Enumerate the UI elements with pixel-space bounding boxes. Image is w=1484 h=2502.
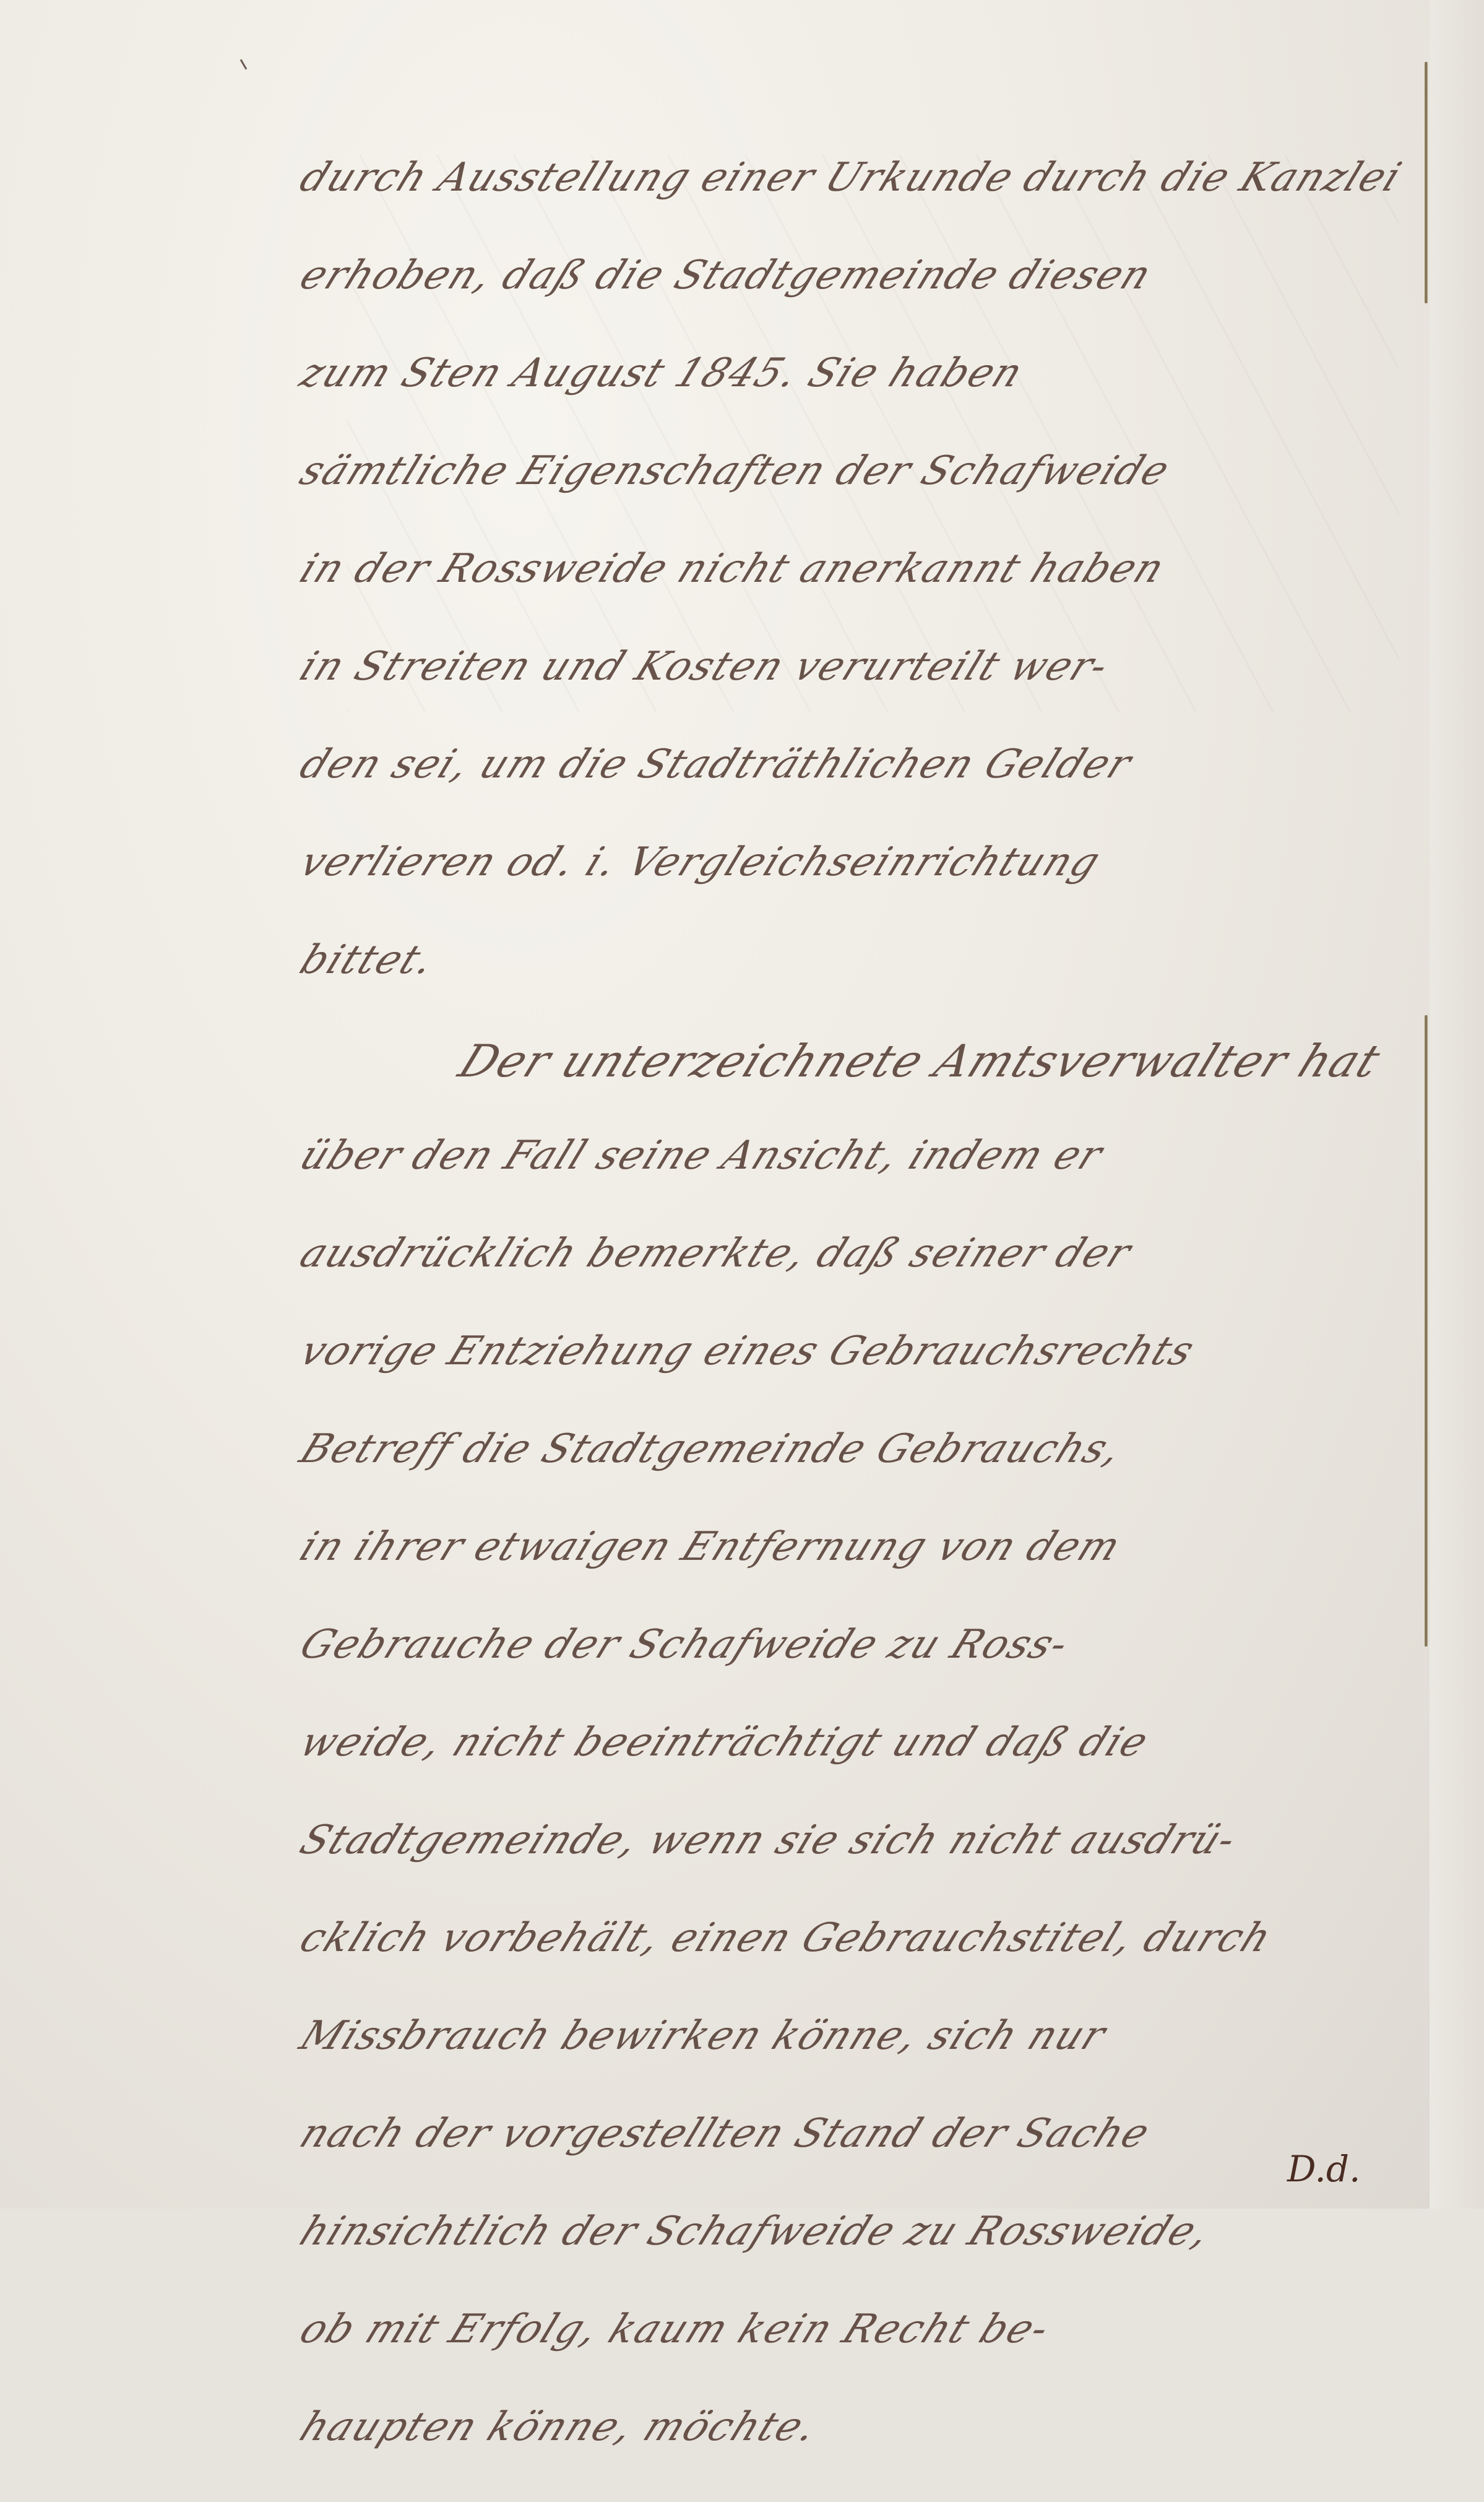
handwritten-text-block: durch Ausstellung einer Urkunde durch di… bbox=[272, 155, 1423, 2209]
text-line: durch Ausstellung einer Urkunde durch di… bbox=[272, 155, 1463, 253]
text-line: vorige Entziehung eines Gebrauchsrechts bbox=[272, 1328, 1463, 1426]
text-line: cklich vorbehält, einen Gebrauchstitel, … bbox=[272, 1915, 1463, 2013]
paragraph-start-line: Der unterzeichnete Amtsverwalter hat bbox=[272, 1035, 1463, 1133]
ink-mark bbox=[240, 59, 248, 69]
text-line: weide, nicht beeinträchtigt und daß die bbox=[272, 1720, 1463, 1817]
text-line: ausdrücklich bemerkte, daß seiner der bbox=[272, 1231, 1463, 1328]
text-line: nach der vorgestellten Stand der Sache bbox=[272, 2111, 1463, 2209]
text-line: in der Rossweide nicht anerkannt haben bbox=[272, 546, 1463, 644]
text-line: zum Sten August 1845. Sie haben bbox=[272, 350, 1463, 448]
text-line: verlieren od. i. Vergleichseinrichtung bbox=[272, 839, 1463, 937]
text-line: den sei, um die Stadträthlichen Gelder bbox=[272, 742, 1463, 839]
text-line: Missbrauch bewirken könne, sich nur bbox=[272, 2013, 1463, 2111]
catchword: D.d. bbox=[1287, 2148, 1360, 2190]
manuscript-page: durch Ausstellung einer Urkunde durch di… bbox=[0, 0, 1484, 2209]
text-line: Betreff die Stadtgemeinde Gebrauchs, bbox=[272, 1426, 1463, 1524]
text-line: Gebrauche der Schafweide zu Ross- bbox=[272, 1622, 1463, 1720]
text-line: bittet. bbox=[272, 937, 1463, 1035]
text-line: Stadtgemeinde, wenn sie sich nicht ausdr… bbox=[272, 1817, 1463, 1915]
text-line: erhoben, daß die Stadtgemeinde diesen bbox=[272, 253, 1463, 350]
text-line: in Streiten und Kosten verurteilt wer- bbox=[272, 644, 1463, 742]
text-line: sämtliche Eigenschaften der Schafweide bbox=[272, 448, 1463, 546]
text-line: über den Fall seine Ansicht, indem er bbox=[272, 1133, 1463, 1231]
text-line: in ihrer etwaigen Entfernung von dem bbox=[272, 1524, 1463, 1622]
